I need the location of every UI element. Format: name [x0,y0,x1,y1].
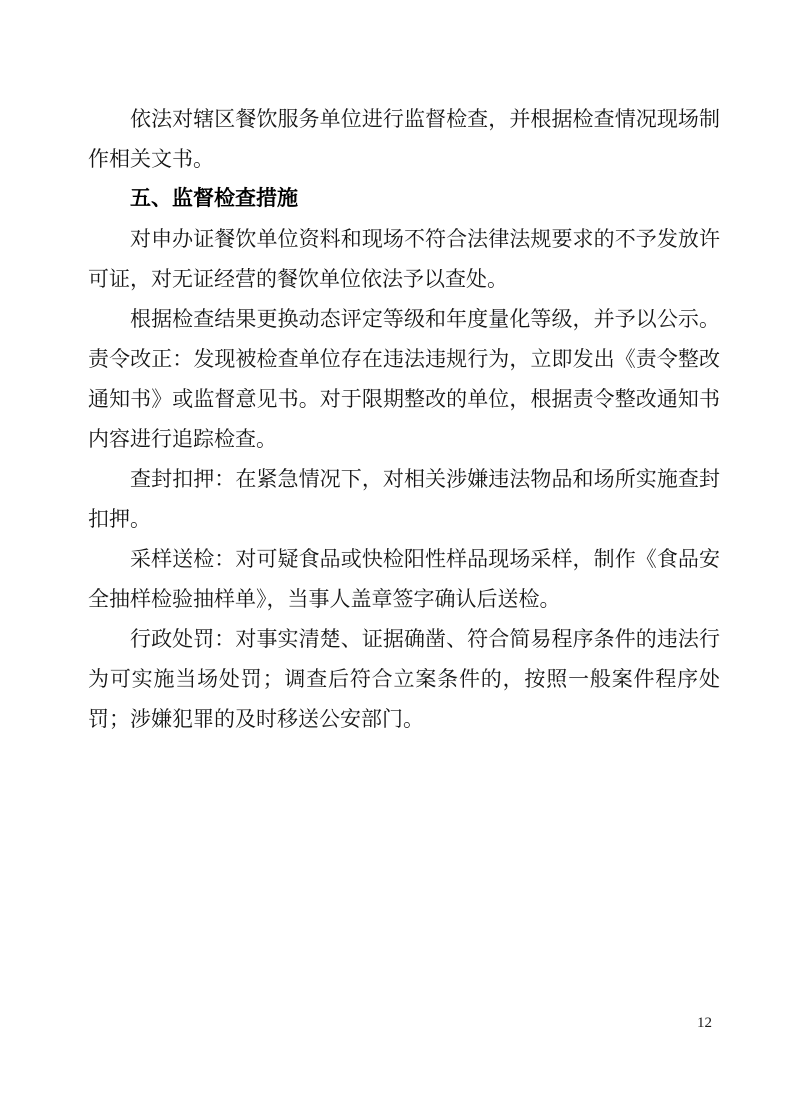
paragraph-seizure: 查封扣押：在紧急情况下，对相关涉嫌违法物品和场所实施查封扣押。 [88,459,720,539]
paragraph-inspection-intro: 依法对辖区餐饮服务单位进行监督检查，并根据检查情况现场制作相关文书。 [88,99,720,179]
paragraph-administrative-penalty: 行政处罚：对事实清楚、证据确凿、符合简易程序条件的违法行为可实施当场处罚；调查后… [88,619,720,739]
paragraph-sampling: 采样送检：对可疑食品或快检阳性样品现场采样，制作《食品安全抽样检验抽样单》，当事… [88,539,720,619]
document-body: 依法对辖区餐饮服务单位进行监督检查，并根据检查情况现场制作相关文书。 五、监督检… [88,99,720,739]
page-number-label: 12 [697,1014,712,1032]
section-heading-supervision-measures: 五、监督检查措施 [88,179,720,219]
paragraph-rating-and-rectification: 根据检查结果更换动态评定等级和年度量化等级，并予以公示。责令改正：发现被检查单位… [88,299,720,459]
document-page: 依法对辖区餐饮服务单位进行监督检查，并根据检查情况现场制作相关文书。 五、监督检… [0,0,793,1096]
paragraph-license-review: 对申办证餐饮单位资料和现场不符合法律法规要求的不予发放许可证，对无证经营的餐饮单… [88,219,720,299]
